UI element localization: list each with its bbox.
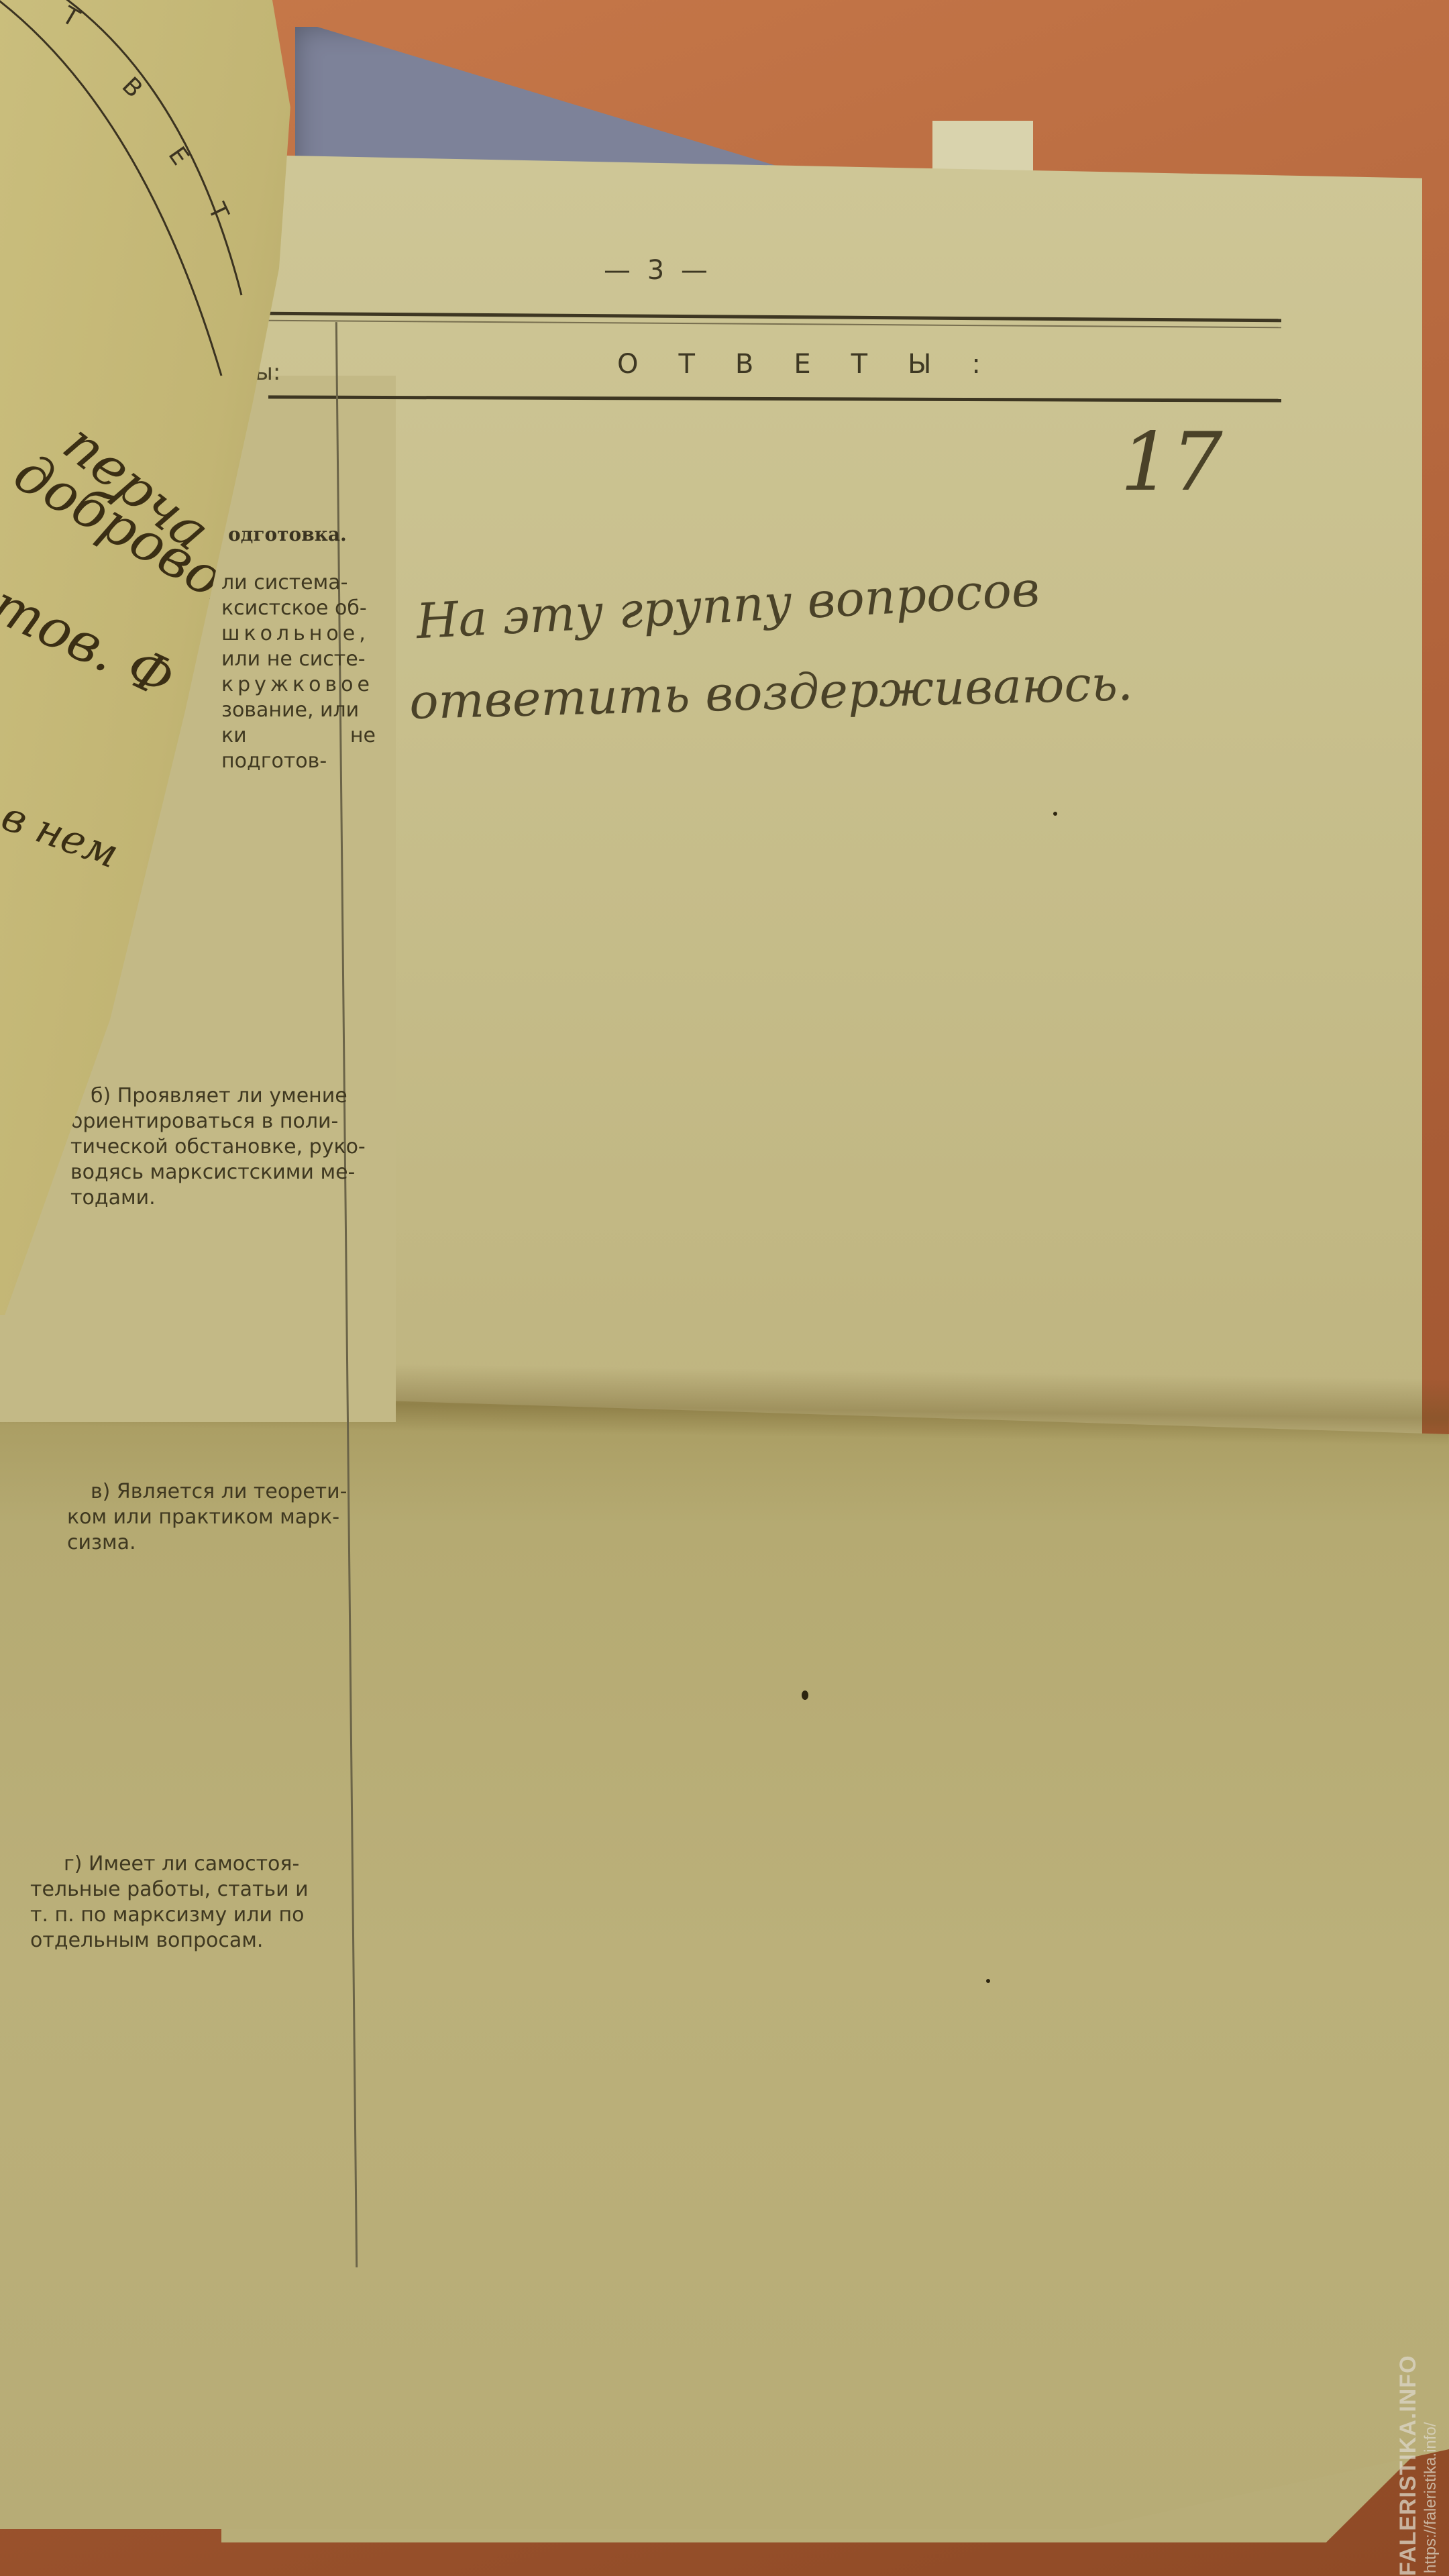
paper-speck xyxy=(802,1690,808,1700)
paper-tab xyxy=(932,121,1033,174)
svg-text:Е: Е xyxy=(163,142,195,170)
question-b-line: б) Проявляет ли умение xyxy=(70,1083,372,1109)
question-a-line: кружковое xyxy=(221,672,376,698)
question-a-line: или не систе- xyxy=(221,647,376,672)
question-v-line: в) Является ли теорети- xyxy=(67,1479,369,1505)
curled-page-handwriting-3: тов. Ф xyxy=(0,573,184,711)
question-v: в) Является ли теорети- ком или практико… xyxy=(67,1479,369,1556)
question-a-line: ки не подготов- xyxy=(221,723,376,774)
question-b-line: ориентироваться в поли- xyxy=(70,1109,372,1134)
question-v-line: сизма. xyxy=(67,1530,369,1556)
svg-text:Т: Т xyxy=(57,1,85,34)
question-a-line: школьное, xyxy=(221,621,376,647)
page-number: — 3 — xyxy=(604,255,712,286)
question-b-line: водясь марксистскими ме- xyxy=(70,1160,372,1185)
question-a-line: зование, или xyxy=(221,698,376,723)
question-g-line: отдельным вопросам. xyxy=(30,1928,366,1953)
question-a: ли система- ксистское об- школьное, или … xyxy=(221,570,376,774)
question-g-line: тельные работы, статьи и xyxy=(30,1877,366,1902)
question-v-line: ком или практиком марк- xyxy=(67,1505,369,1530)
document-page-lower-half xyxy=(0,1389,1449,2529)
section-title: одготовка. xyxy=(228,523,347,545)
paper-speck xyxy=(1053,812,1057,816)
watermark-url[interactable]: https://faleristika.info/ xyxy=(1421,2355,1440,2573)
question-a-line: ли система- xyxy=(221,570,376,596)
handwritten-folio-number: 17 xyxy=(1120,416,1223,509)
paper-speck xyxy=(986,1979,990,1983)
question-b: б) Проявляет ли умение ориентироваться в… xyxy=(70,1083,372,1211)
question-b-line: тодами. xyxy=(70,1185,372,1211)
question-g-line: т. п. по марксизму или по xyxy=(30,1902,366,1928)
curled-page-handwriting-4: в нем xyxy=(0,793,124,878)
answers-column-header: ОТВЕТЫ: xyxy=(617,349,1021,380)
watermark-brand: FALERISTIKA.INFO xyxy=(1395,2355,1421,2576)
question-g-line: г) Имеет ли самостоя- xyxy=(30,1851,366,1877)
question-g: г) Имеет ли самостоя- тельные работы, ст… xyxy=(30,1851,366,1953)
watermark: FALERISTIKA.INFO https://faleristika.inf… xyxy=(1395,2355,1440,2576)
question-b-line: тической обстановке, руко- xyxy=(70,1134,372,1160)
question-a-line: ксистское об- xyxy=(221,596,376,621)
